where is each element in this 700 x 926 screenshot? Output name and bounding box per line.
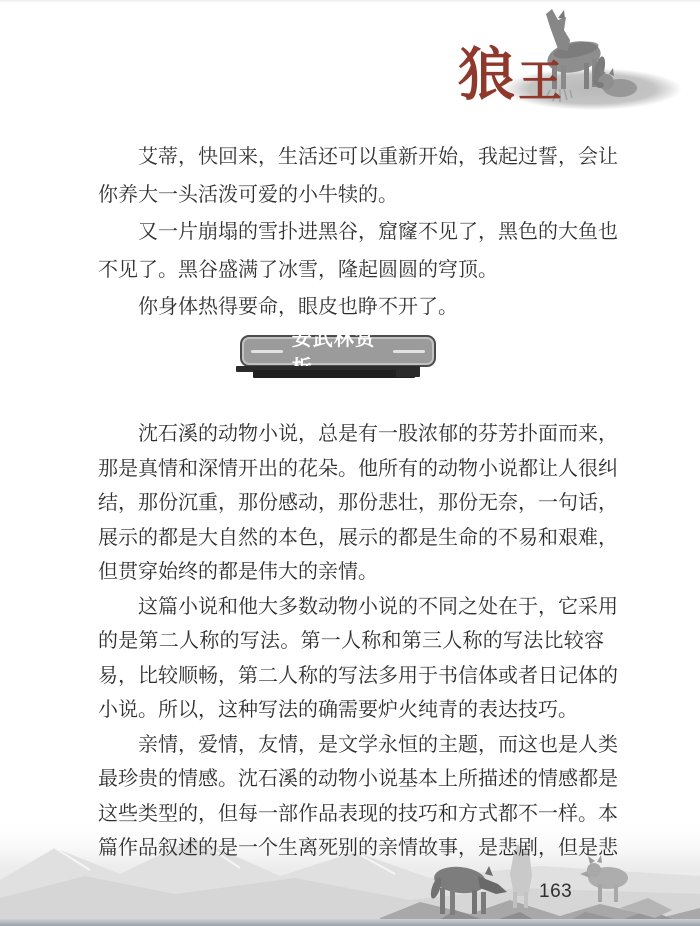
text-line: 亲情，爱情，友情，是文学永恒的主题，而这也是人类 <box>98 728 604 763</box>
text-line: 这些类型的，但每一部作品表现的技巧和方式都不一样。本 <box>98 797 604 832</box>
text-line: 你养大一头活泼可爱的小牛犊的。 <box>98 177 604 215</box>
text-line: 你身体热得要命，眼皮也睁不开了。 <box>98 289 604 327</box>
page-bottom-edge <box>0 919 700 926</box>
text-line: 易，比较顺畅，第二人称的写法多用于书信体或者日记体的 <box>98 659 604 694</box>
text-line: 这篇小说和他大多数动物小说的不同之处在于，它采用 <box>98 590 604 625</box>
text-line: 结，那份沉重，那份感动，那份悲壮，那份无奈，一句话， <box>98 486 604 521</box>
text-line: 艾蒂，快回来，生活还可以重新开始，我起过誓，会让 <box>98 139 604 177</box>
text-line: 篇作品叙述的是一个生离死别的亲情故事，是悲剧，但是悲 <box>98 831 604 866</box>
page-number: 163 <box>539 881 572 903</box>
text-line: 小说。所以，这种写法的确需要炉火纯青的表达技巧。 <box>98 693 604 728</box>
banner-dash-right <box>393 350 425 353</box>
text-line: 展示的都是大自然的本色，展示的都是生命的不易和艰难， <box>98 521 604 556</box>
text-line: 但贯穿始终的都是伟大的亲情。 <box>98 555 604 590</box>
text-line: 沈石溪的动物小说，总是有一股浓郁的芬芳扑面而来， <box>98 417 604 452</box>
banner-plaque: 安武林赏析 <box>240 335 436 367</box>
story-excerpt: 艾蒂，快回来，生活还可以重新开始，我起过誓，会让你养大一头活泼可爱的小牛犊的。 … <box>98 139 604 327</box>
page-top-edge <box>0 0 700 3</box>
title-char-wolf: 狼 <box>458 47 515 104</box>
text-line: 不见了。黑谷盛满了冰雪，隆起圆圆的穹顶。 <box>98 252 604 290</box>
text-line: 的是第二人称的写法。第一人称和第三人称的写法比较容 <box>98 624 604 659</box>
analysis-text: 沈石溪的动物小说，总是有一股浓郁的芬芳扑面而来，那是真情和深情开出的花朵。他所有… <box>98 417 604 866</box>
banner-pedestal-step <box>396 368 420 377</box>
text-line: 又一片崩塌的雪扑进黑谷，窟窿不见了，黑色的大鱼也 <box>98 214 604 252</box>
banner-dash-left <box>251 350 283 353</box>
book-page: 狼 王 艾蒂，快回来，生活还可以重新开始，我起过誓，会让你养大一头活泼可爱的小牛… <box>0 0 700 926</box>
title-char-king: 王 <box>518 60 562 104</box>
text-line: 最珍贵的情感。沈石溪的动物小说基本上所描述的情感都是 <box>98 762 604 797</box>
text-line: 那是真情和深情开出的花朵。他所有的动物小说都让人很纠 <box>98 452 604 487</box>
banner-pedestal-bottom <box>253 370 415 378</box>
page-title: 狼 王 <box>458 44 562 104</box>
